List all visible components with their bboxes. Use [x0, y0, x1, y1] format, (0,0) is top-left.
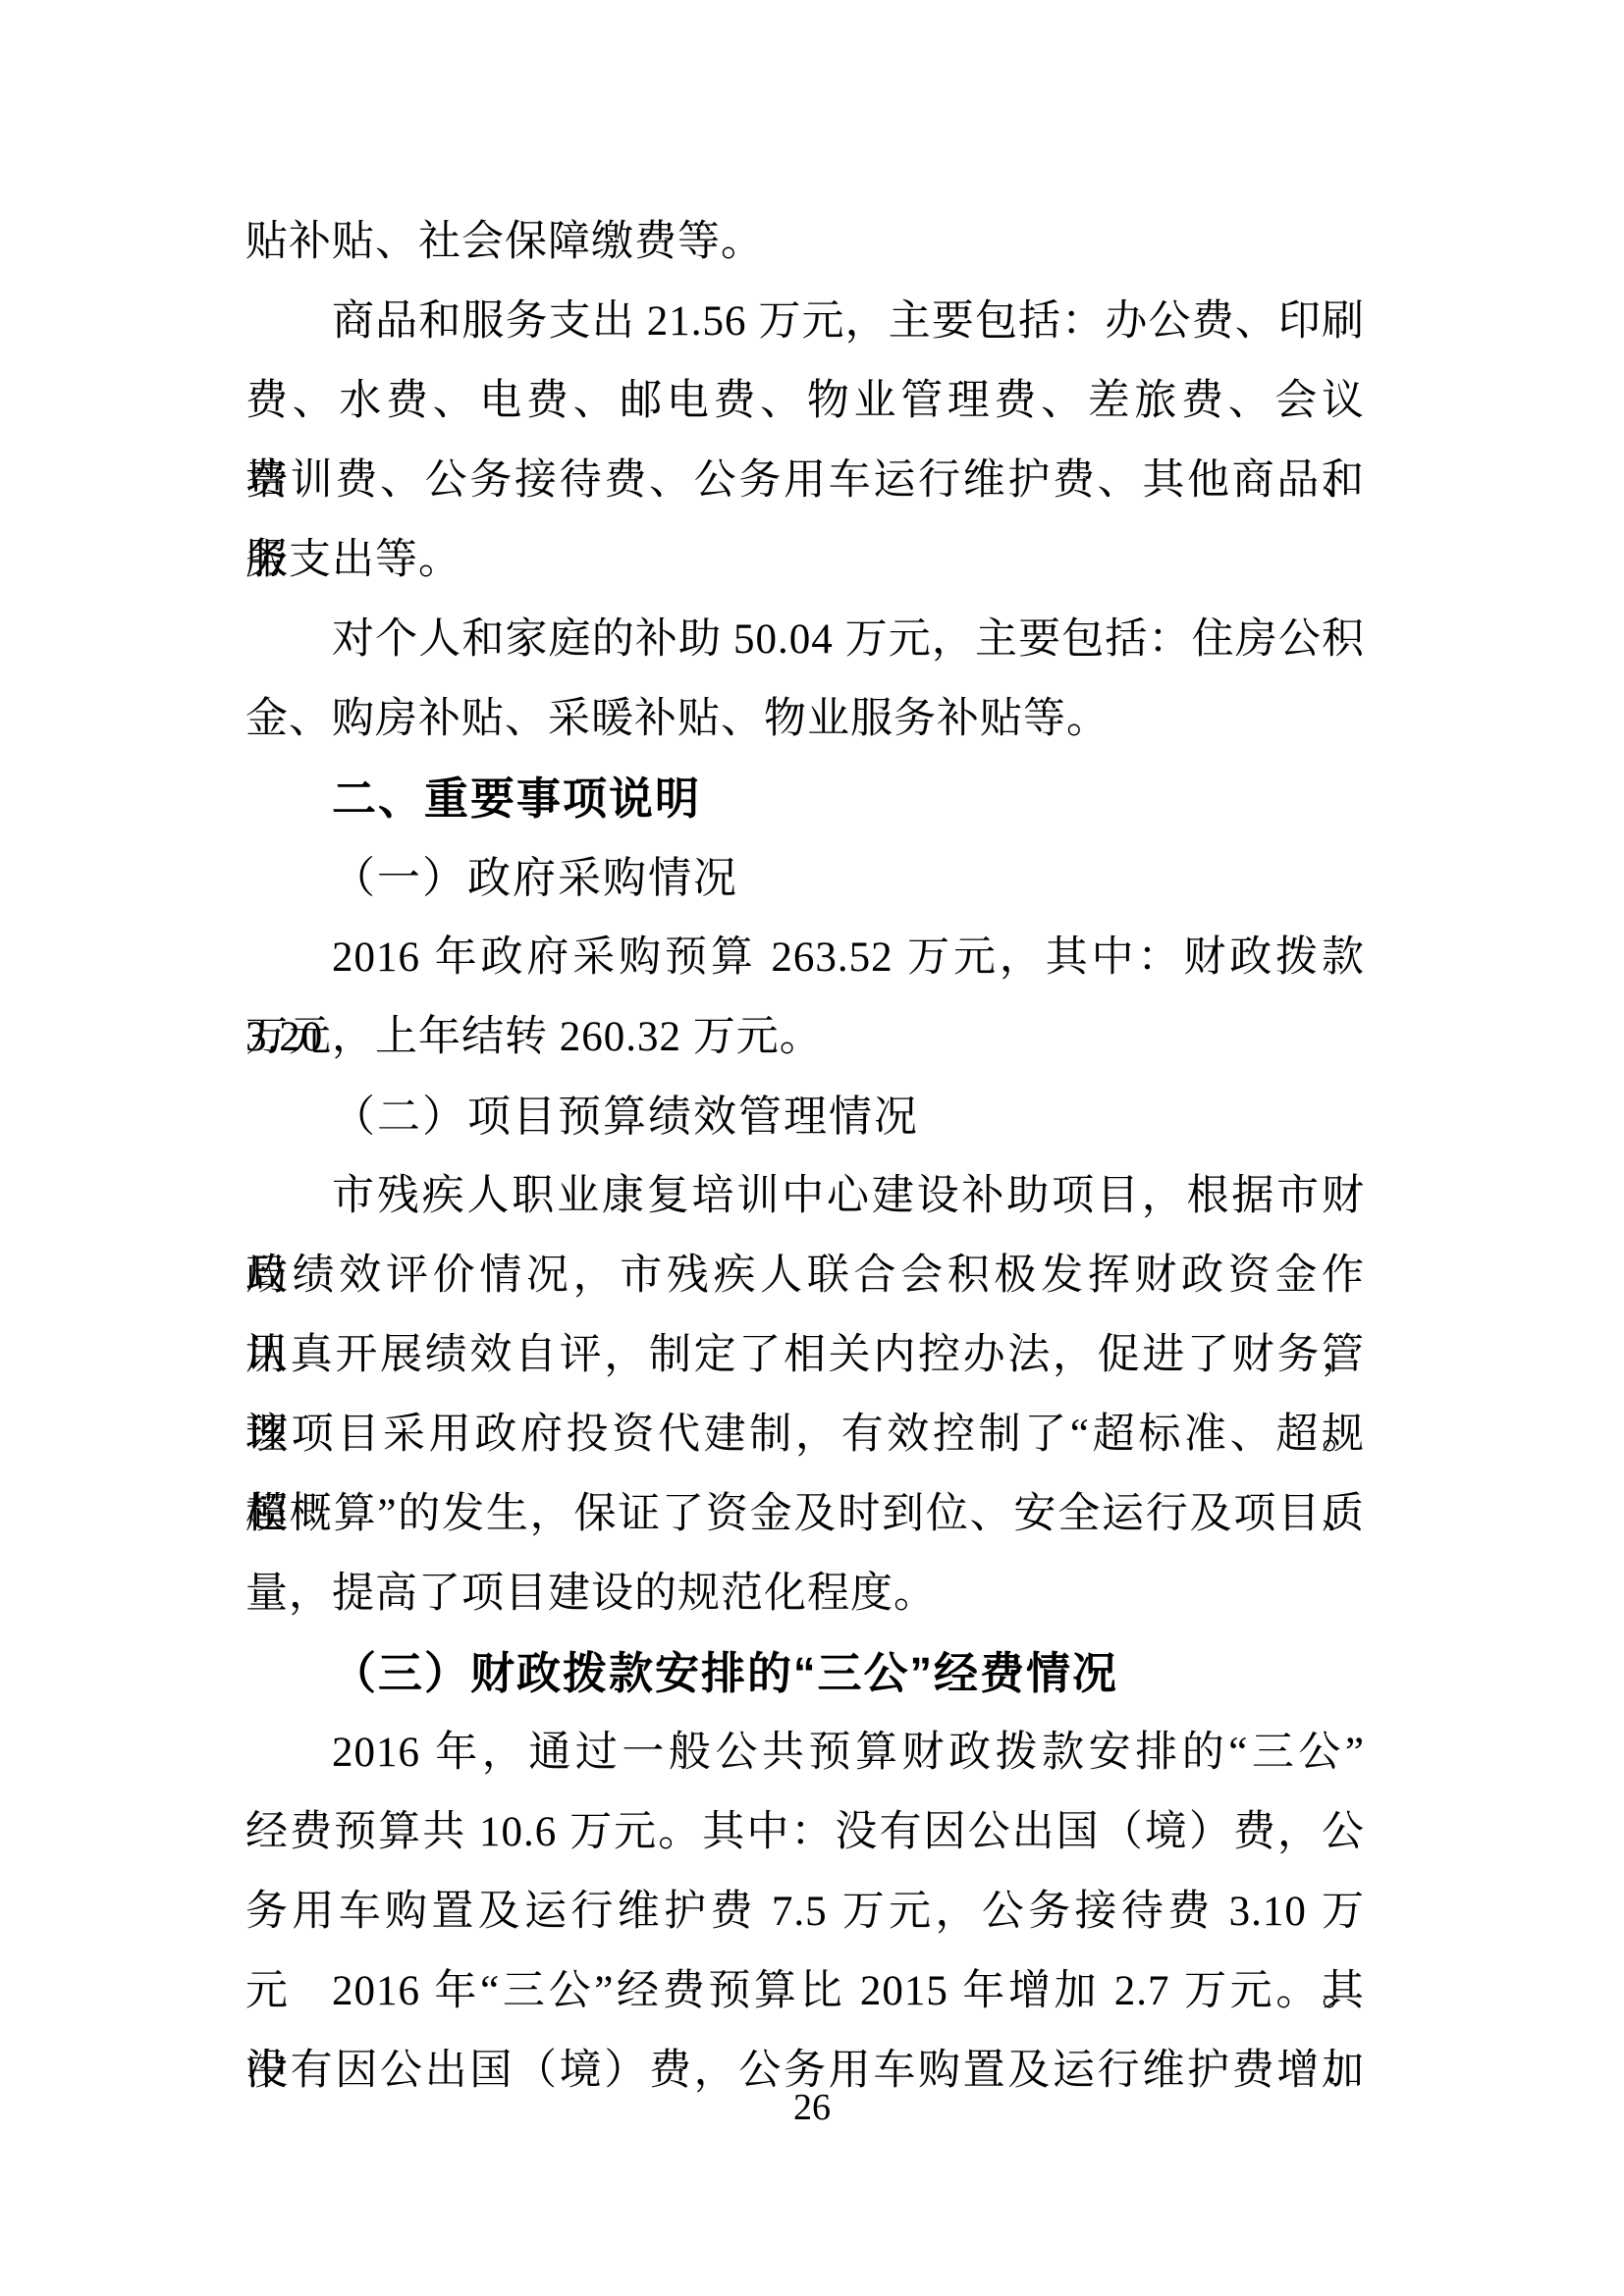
text-line: 务支出等。 [245, 520, 1365, 600]
heading-line: 二、重要事项说明 [245, 759, 1365, 838]
heading-line: （二）项目预算绩效管理情况 [245, 1077, 1365, 1156]
text-line: 金、购房补贴、采暖补贴、物业服务补贴等。 [245, 679, 1365, 759]
text-line: 费、水费、电费、邮电费、物业管理费、差旅费、会议费、 [245, 361, 1365, 441]
text-line: 培训费、公务接待费、公务用车运行维护费、其他商品和服 [245, 441, 1365, 520]
heading-line: （三）财政拨款安排的“三公”经费情况 [245, 1633, 1365, 1713]
text-line: 2016 年“三公”经费预算比 2015 年增加 2.7 万元。其中： [245, 1951, 1365, 2031]
page-number: 26 [0, 2087, 1624, 2128]
text-line: 认真开展绩效自评，制定了相关内控办法，促进了财务管理。 [245, 1315, 1365, 1395]
text-line: 量，提高了项目建设的规范化程度。 [245, 1554, 1365, 1633]
text-line: 万元，上年结转 260.32 万元。 [245, 997, 1365, 1077]
text-line: 超概算”的发生，保证了资金及时到位、安全运行及项目质 [245, 1474, 1365, 1554]
text-line: 经费预算共 10.6 万元。其中：没有因公出国（境）费，公 [245, 1792, 1365, 1872]
text-line: 务用车购置及运行维护费 7.5 万元，公务接待费 3.10 万元。 [245, 1872, 1365, 1951]
document-text-block: 贴补贴、社会保障缴费等。商品和服务支出 21.56 万元，主要包括：办公费、印刷… [245, 202, 1365, 2110]
document-page: { "document": { "lines": [ { "text": "贴补… [0, 0, 1624, 2296]
text-line: 局绩效评价情况，市残疾人联合会积极发挥财政资金作用， [245, 1236, 1365, 1315]
text-line: 该项目采用政府投资代建制，有效控制了“超标准、超规模、 [245, 1395, 1365, 1474]
text-line: 2016 年政府采购预算 263.52 万元，其中：财政拨款 3.20 [245, 918, 1365, 997]
text-line: 商品和服务支出 21.56 万元，主要包括：办公费、印刷 [245, 282, 1365, 361]
heading-line: （一）政府采购情况 [245, 838, 1365, 918]
text-line: 对个人和家庭的补助 50.04 万元，主要包括：住房公积 [245, 600, 1365, 679]
text-line: 市残疾人职业康复培训中心建设补助项目，根据市财政 [245, 1156, 1365, 1236]
text-line: 2016 年，通过一般公共预算财政拨款安排的“三公” [245, 1713, 1365, 1792]
text-line: 贴补贴、社会保障缴费等。 [245, 202, 1365, 282]
